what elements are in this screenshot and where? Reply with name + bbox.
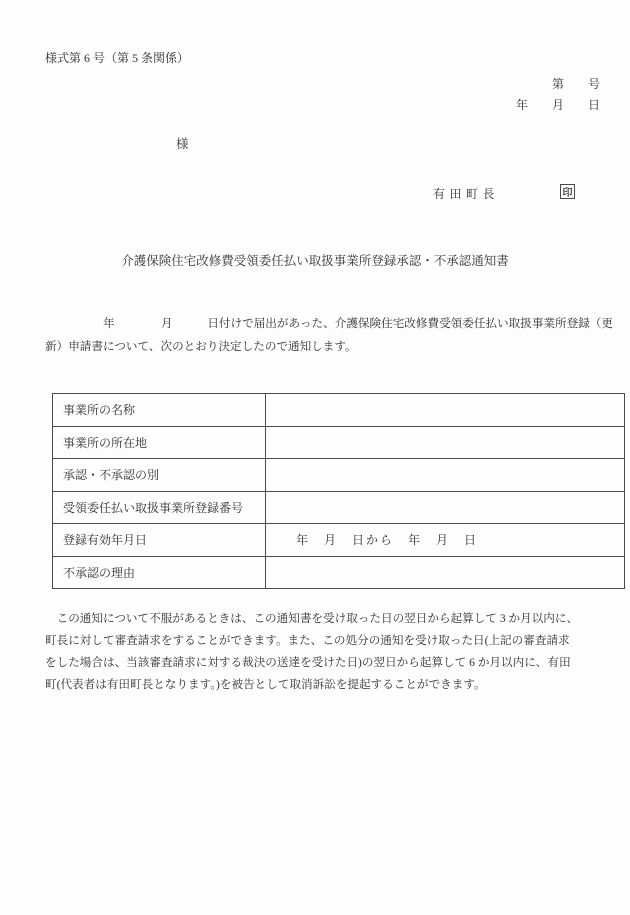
intro-line-2: 新）申請書について、次のとおり決定したので通知します。: [45, 335, 613, 358]
intro-paragraph: 年 月 日付けで届出があった、介護保険住宅改修費受領委任払い取扱事業所登録（更 …: [45, 312, 613, 358]
note-line-2: 町長に対して審査請求をすることができます。また、この処分の通知を受け取った日(上…: [45, 630, 578, 652]
document-number-placeholder: 第 号: [552, 75, 600, 92]
row-value: [266, 556, 625, 589]
note-line-4: 町(代表者は有田町長となります。)を被告として取消訴訟を提起することができます。: [45, 674, 578, 696]
row-value: [266, 491, 625, 524]
note-line-3: をした場合は、当該審査請求に対する裁決の送達を受けた日)の翌日から起算して 6 …: [45, 652, 578, 674]
table-row-business-address: 事業所の所在地: [53, 426, 625, 459]
row-label: 事業所の名称: [53, 394, 266, 427]
row-value: [266, 394, 625, 427]
row-label: 承認・不承認の別: [53, 459, 266, 492]
row-value: [266, 426, 625, 459]
note-line-1: この通知について不服があるときは、この通知書を受け取った日の翌日から起算して 3…: [45, 608, 578, 630]
issue-date-placeholder: 年 月 日: [516, 96, 600, 113]
form-number: 様式第 6 号（第 5 条関係）: [45, 49, 189, 66]
addressee-honorific: 様: [176, 134, 189, 152]
document-title: 介護保険住宅改修費受領委任払い取扱事業所登録承認・不承認通知書: [0, 251, 630, 269]
sender-name: 有田町長: [433, 185, 499, 202]
table-row-business-name: 事業所の名称: [53, 394, 625, 427]
row-label: 登録有効年月日: [53, 524, 266, 557]
appeal-notice-paragraph: この通知について不服があるときは、この通知書を受け取った日の翌日から起算して 3…: [45, 608, 578, 696]
table-row-registration-number: 受領委任払い取扱事業所登録番号: [53, 491, 625, 524]
table-row-valid-period: 登録有効年月日 年 月 日から 年 月 日: [53, 524, 625, 557]
row-label: 受領委任払い取扱事業所登録番号: [53, 491, 266, 524]
row-label: 不承認の理由: [53, 556, 266, 589]
table-row-rejection-reason: 不承認の理由: [53, 556, 625, 589]
row-value: 年 月 日から 年 月 日: [266, 524, 625, 557]
table-row-approval-status: 承認・不承認の別: [53, 459, 625, 492]
seal-character: 印: [563, 184, 573, 199]
row-label: 事業所の所在地: [53, 426, 266, 459]
notification-detail-table: 事業所の名称 事業所の所在地 承認・不承認の別 受領委任払い取扱事業所登録番号 …: [52, 393, 625, 589]
intro-line-1: 年 月 日付けで届出があった、介護保険住宅改修費受領委任払い取扱事業所登録（更: [45, 312, 613, 335]
row-value: [266, 459, 625, 492]
seal-placeholder: 印: [560, 184, 575, 199]
